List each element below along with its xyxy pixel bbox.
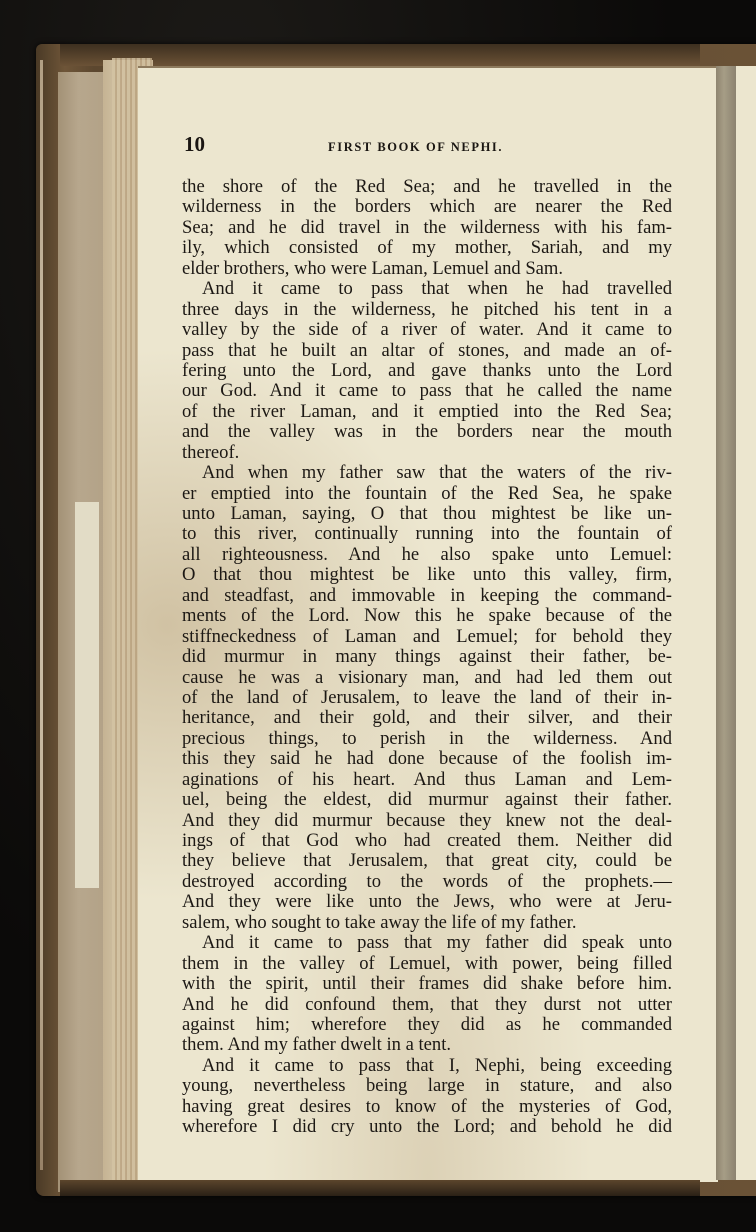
text-line: the shore of the Red Sea; and he travell… [182,177,672,197]
cover-top-edge [60,44,700,66]
text-line: uel, being the eldest, did murmur agains… [182,790,672,810]
text-line: And it came to pass that when he had tra… [182,279,672,299]
text-line: them. And my father dwelt in a tent. [182,1035,672,1055]
text-line: of the land of Jerusalem, to leave the l… [182,688,672,708]
text-line: aginations of his heart. And thus Laman … [182,770,672,790]
page-number: 10 [184,132,205,157]
text-line: wherefore I did cry unto the Lord; and b… [182,1117,672,1137]
text-line: they believe that Jerusalem, that great … [182,851,672,871]
text-line: And it came to pass that my father did s… [182,933,672,953]
text-line: our God. And it came to pass that he cal… [182,381,672,401]
text-line: to this river, continually running into … [182,524,672,544]
text-line: And when my father saw that the waters o… [182,463,672,483]
text-line: And he did confound them, that they durs… [182,995,672,1015]
text-line: destroyed according to the words of the … [182,872,672,892]
text-line: ings of that God who had created them. N… [182,831,672,851]
text-line: elder brothers, who were Laman, Lemuel a… [182,259,672,279]
text-line: And it came to pass that I, Nephi, being… [182,1056,672,1076]
text-line: and the valley was in the borders near t… [182,422,672,442]
endpaper-paper-strip [75,502,99,888]
text-line: them in the valley of Lemuel, with power… [182,954,672,974]
text-line: O that thou mightest be like unto this v… [182,565,672,585]
text-line: with the spirit, until their frames did … [182,974,672,994]
text-line: pass that he built an altar of stones, a… [182,341,672,361]
text-line: of the river Laman, and it emptied into … [182,402,672,422]
text-line: valley by the side of a river of water. … [182,320,672,340]
facing-page-edge [736,66,756,1180]
text-line: unto Laman, saying, O that thou mightest… [182,504,672,524]
text-line: all righteousness. And he also spake unt… [182,545,672,565]
text-line: fering unto the Lord, and gave thanks un… [182,361,672,381]
text-line: young, nevertheless being large in statu… [182,1076,672,1096]
text-line: er emptied into the fountain of the Red … [182,484,672,504]
text-line: did murmur in many things against their … [182,647,672,667]
cover-edge-highlight [40,60,43,1170]
text-line: precious things, to perish in the wilder… [182,729,672,749]
text-line: this they said he had done because of th… [182,749,672,769]
text-line: Sea; and he did travel in the wilderness… [182,218,672,238]
running-head: 10 FIRST BOOK OF NEPHI. [182,132,672,160]
text-line: ments of the Lord. Now this he spake bec… [182,606,672,626]
text-line: heritance, and their gold, and their sil… [182,708,672,728]
text-line: ily, which consisted of my mother, Saria… [182,238,672,258]
body-text: the shore of the Red Sea; and he travell… [182,177,672,1138]
page-title: FIRST BOOK OF NEPHI. [328,140,503,155]
text-line: stiffneckedness of Laman and Lemuel; for… [182,627,672,647]
text-line: cause he was a visionary man, and had le… [182,668,672,688]
text-line: And they did murmur because they knew no… [182,811,672,831]
gutter-shadow [716,66,736,1180]
text-line: and steadfast, and immovable in keeping … [182,586,672,606]
text-line: having great desires to know of the myst… [182,1097,672,1117]
text-line: thereof. [182,443,672,463]
text-line: wilderness in the borders which are near… [182,197,672,217]
text-line: salem, who sought to take away the life … [182,913,672,933]
text-line: three days in the wilderness, he pitched… [182,300,672,320]
cover-bottom-edge [60,1180,700,1196]
text-line: against him; wherefore they did as he co… [182,1015,672,1035]
text-line: And they were like unto the Jews, who we… [182,892,672,912]
